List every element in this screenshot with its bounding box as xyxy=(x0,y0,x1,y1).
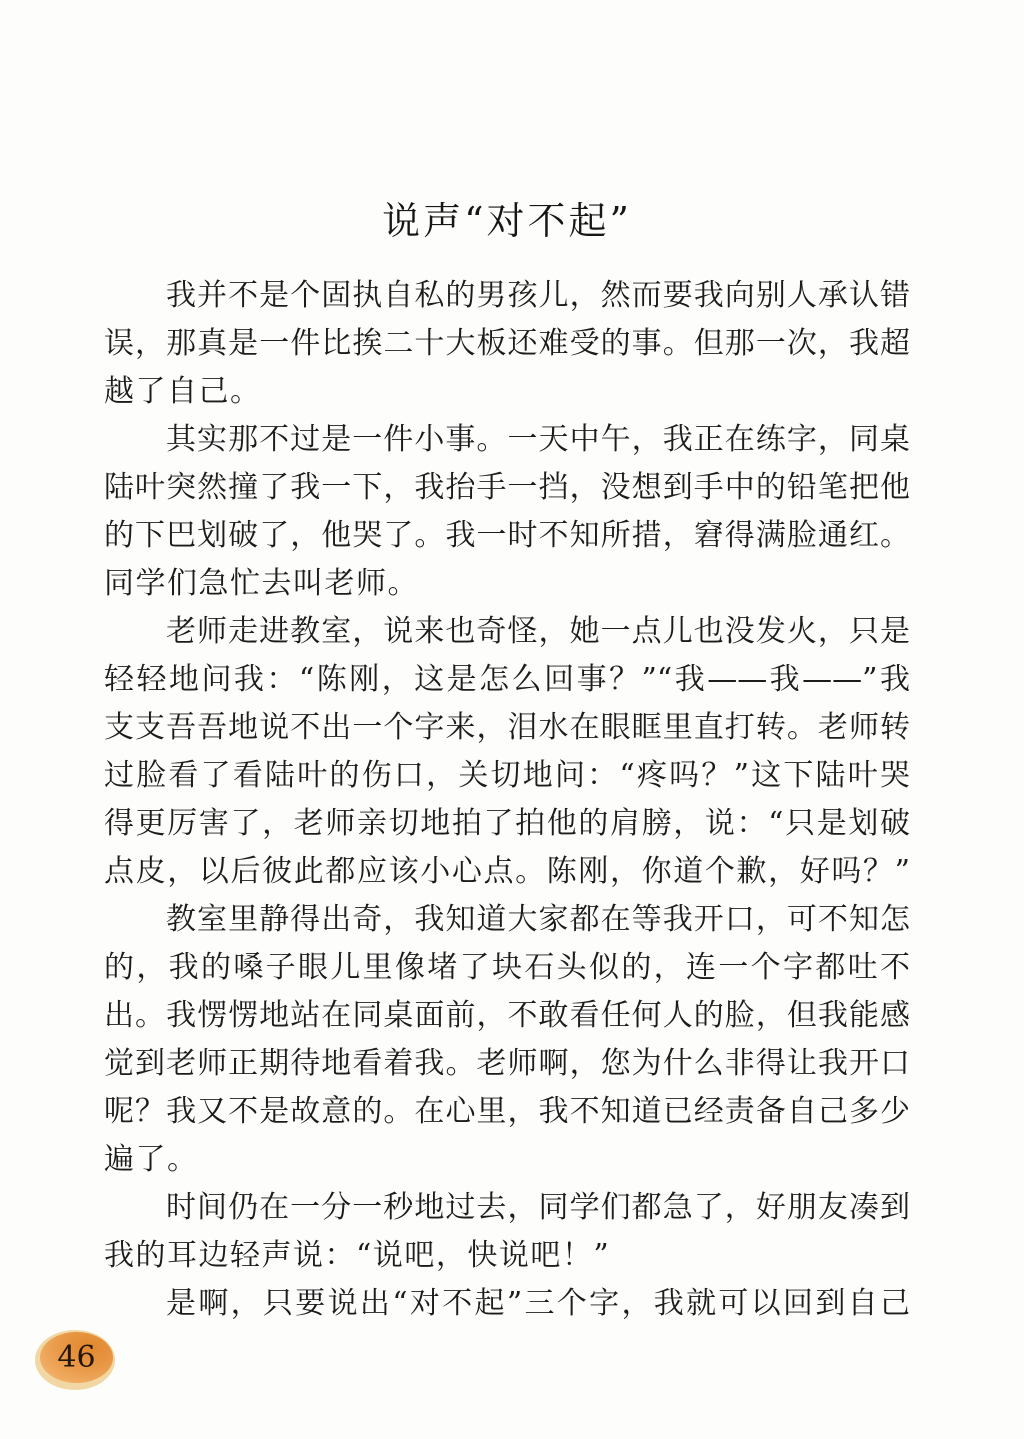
page-number-badge: 46 xyxy=(35,1330,115,1390)
text-line: 是啊，只要说出“对不起”三个字，我就可以回到自己 xyxy=(104,1280,910,1328)
text-line: 遍了。 xyxy=(104,1136,910,1184)
paragraph: 其实那不过是一件小事。一天中午，我正在练字，同桌陆叶突然撞了我一下，我抬手一挡，… xyxy=(104,416,910,608)
paragraph: 我并不是个固执自私的男孩儿，然而要我向别人承认错误，那真是一件比挨二十大板还难受… xyxy=(104,272,910,416)
text-line: 老师走进教室，说来也奇怪，她一点儿也没发火，只是 xyxy=(104,608,910,656)
text-line: 支支吾吾地说不出一个字来，泪水在眼眶里直打转。老师转 xyxy=(104,704,910,752)
text-line: 得更厉害了，老师亲切地拍了拍他的肩膀，说：“只是划破 xyxy=(104,800,910,848)
paragraph: 教室里静得出奇，我知道大家都在等我开口，可不知怎的，我的嗓子眼儿里像堵了块石头似… xyxy=(104,896,910,1184)
text-line: 的下巴划破了，他哭了。我一时不知所措，窘得满脸通红。 xyxy=(104,512,910,560)
text-line: 同学们急忙去叫老师。 xyxy=(104,560,910,608)
text-line: 过脸看了看陆叶的伤口，关切地问：“疼吗？”这下陆叶哭 xyxy=(104,752,910,800)
page-number: 46 xyxy=(40,1332,113,1383)
text-line: 时间仍在一分一秒地过去，同学们都急了，好朋友凑到 xyxy=(104,1184,910,1232)
text-line: 越了自己。 xyxy=(104,368,910,416)
text-line: 点皮，以后彼此都应该小心点。陈刚，你道个歉，好吗？” xyxy=(104,848,910,896)
text-line: 出。我愣愣地站在同桌面前，不敢看任何人的脸，但我能感 xyxy=(104,992,910,1040)
text-line: 其实那不过是一件小事。一天中午，我正在练字，同桌 xyxy=(104,416,910,464)
text-line: 教室里静得出奇，我知道大家都在等我开口，可不知怎 xyxy=(104,896,910,944)
text-line: 陆叶突然撞了我一下，我抬手一挡，没想到手中的铅笔把他 xyxy=(104,464,910,512)
page-number-badge-inner: 46 xyxy=(40,1332,113,1383)
text-line: 轻轻地问我：“陈刚，这是怎么回事？”“我——我——”我 xyxy=(104,656,910,704)
page-title: 说声“对不起” xyxy=(104,193,910,249)
text-line: 觉到老师正期待地看着我。老师啊，您为什么非得让我开口 xyxy=(104,1040,910,1088)
text-line: 误，那真是一件比挨二十大板还难受的事。但那一次，我超 xyxy=(104,320,910,368)
paragraph: 时间仍在一分一秒地过去，同学们都急了，好朋友凑到我的耳边轻声说：“说吧，快说吧！… xyxy=(104,1184,910,1280)
textbook-page: 说声“对不起” 我并不是个固执自私的男孩儿，然而要我向别人承认错误，那真是一件比… xyxy=(0,0,1024,1439)
text-line: 呢？我又不是故意的。在心里，我不知道已经责备自己多少 xyxy=(104,1088,910,1136)
text-line: 我的耳边轻声说：“说吧，快说吧！” xyxy=(104,1232,910,1280)
text-body: 我并不是个固执自私的男孩儿，然而要我向别人承认错误，那真是一件比挨二十大板还难受… xyxy=(104,272,910,1328)
text-line: 的，我的嗓子眼儿里像堵了块石头似的，连一个字都吐不 xyxy=(104,944,910,992)
paragraph: 是啊，只要说出“对不起”三个字，我就可以回到自己 xyxy=(104,1280,910,1328)
text-line: 我并不是个固执自私的男孩儿，然而要我向别人承认错 xyxy=(104,272,910,320)
paragraph: 老师走进教室，说来也奇怪，她一点儿也没发火，只是轻轻地问我：“陈刚，这是怎么回事… xyxy=(104,608,910,896)
